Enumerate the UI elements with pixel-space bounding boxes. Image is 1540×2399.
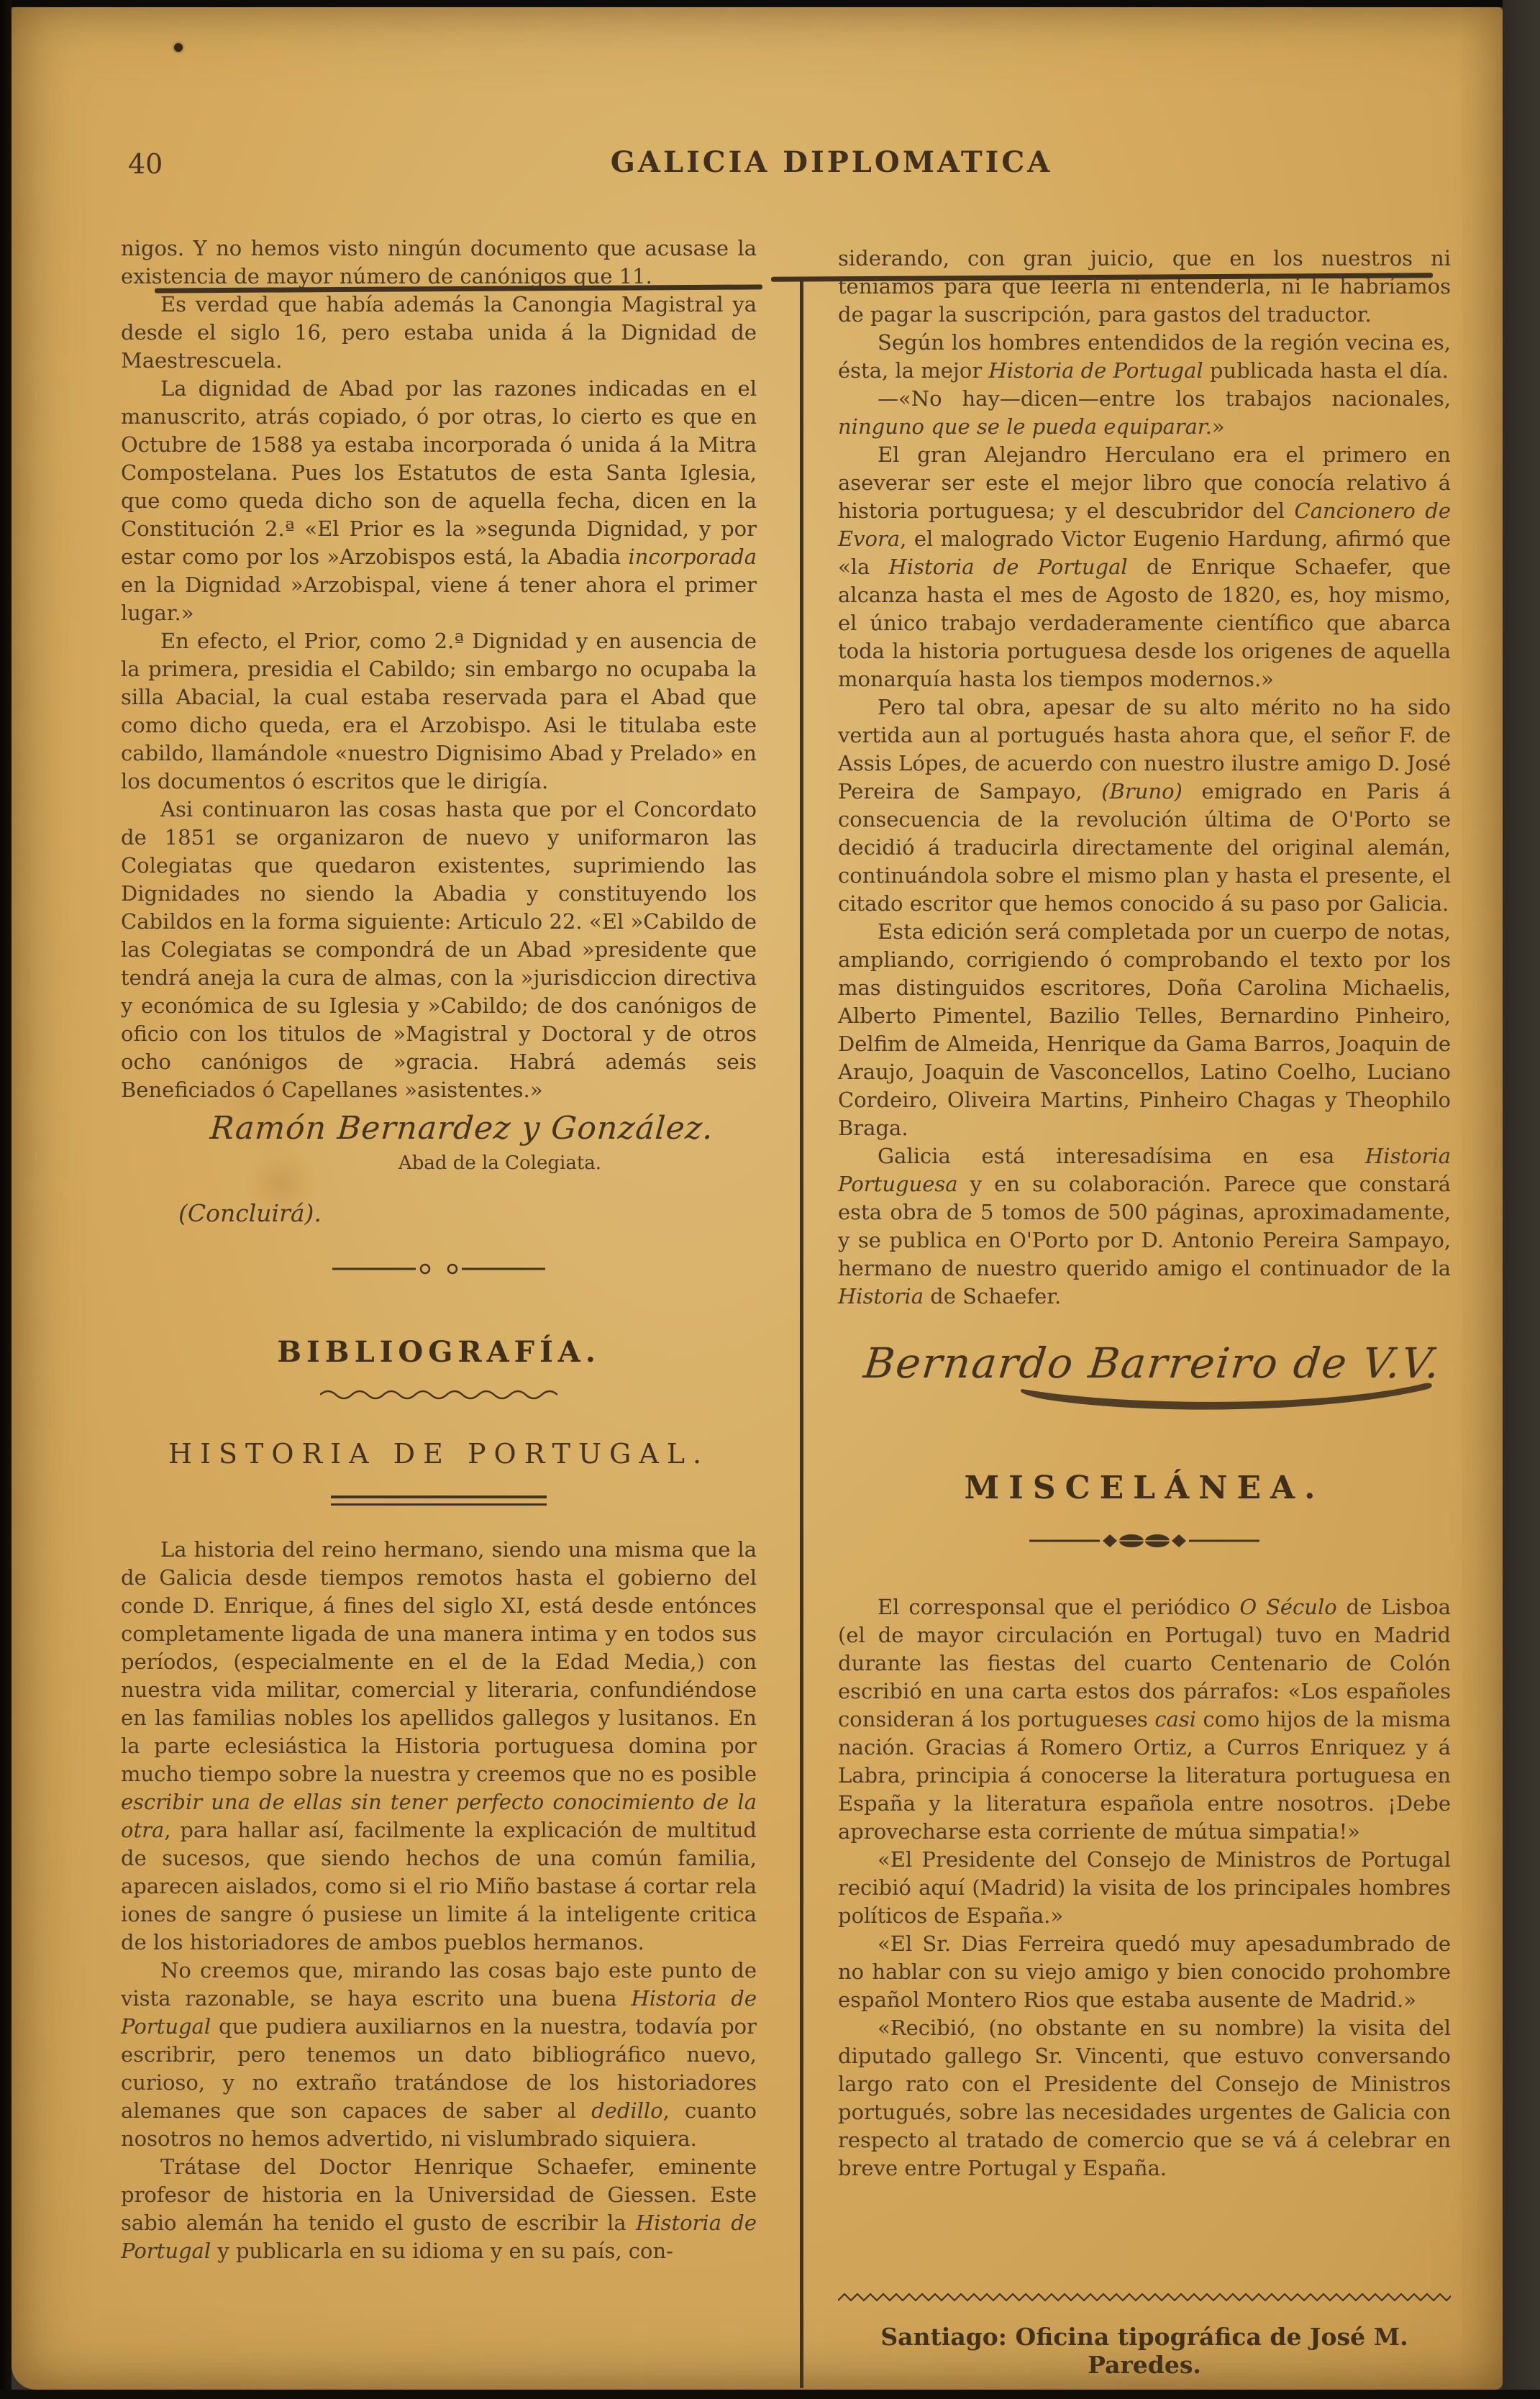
imprint-line: Santiago: Oficina tipográfica de José M.…	[838, 2323, 1451, 2379]
scan-page: 40 GALICIA DIPLOMATICA nigos. Y no hemos…	[12, 7, 1503, 2390]
ink-speck	[174, 43, 183, 52]
right-column: siderando, con gran juicio, que en los n…	[838, 245, 1451, 2385]
historia-article-body: La historia del reino hermano, siendo un…	[121, 1536, 757, 2265]
paragraph: Es verdad que había además la Canongia M…	[121, 291, 757, 375]
miscelanea-body: El corresponsal que el periódico O Sécul…	[838, 1593, 1451, 2182]
paragraph: nigos. Y no hemos visto ningún documento…	[121, 235, 757, 291]
paragraph: Trátase del Doctor Henrique Schaefer, em…	[121, 2153, 757, 2265]
paragraph: El corresponsal que el periódico O Sécul…	[838, 1593, 1451, 1846]
zigzag-rule-ornament	[838, 2293, 1451, 2304]
wavy-rule-ornament	[320, 1390, 557, 1403]
paragraph: «El Presidente del Consejo de Ministros …	[838, 1846, 1451, 1930]
paragraph: Pero tal obra, apesar de su alto mérito …	[838, 693, 1451, 918]
paragraph: Esta edición será completada por un cuer…	[838, 918, 1451, 1142]
page-number: 40	[128, 148, 163, 180]
paragraph: —«No hay—dicen—entre los trabajos nacion…	[838, 385, 1451, 441]
paragraph: «Recibió, (no obstante en su nombre) la …	[838, 2014, 1451, 2182]
historia-article-continuation: siderando, con gran juicio, que en los n…	[838, 245, 1451, 1311]
paragraph: La dignidad de Abad por las razones indi…	[121, 375, 757, 627]
cabildo-article-body: nigos. Y no hemos visto ningún documento…	[121, 235, 757, 1104]
scan-edge-bottom	[0, 2390, 1540, 2399]
paragraph: No creemos que, mirando las cosas bajo e…	[121, 1957, 757, 2153]
signature-block: Bernardo Barreiro de V.V.	[838, 1349, 1451, 1412]
historia-de-portugal-heading: HISTORIA DE PORTUGAL.	[121, 1440, 757, 1468]
imprint-block: Santiago: Oficina tipográfica de José M.…	[838, 2293, 1451, 2379]
author-signature-script: Bernardo Barreiro de V.V.	[862, 1349, 1442, 1378]
bibliografia-heading: BIBLIOGRAFÍA.	[121, 1338, 757, 1366]
paragraph: La historia del reino hermano, siendo un…	[121, 1536, 757, 1957]
paragraph: Según los hombres entendidos de la regió…	[838, 329, 1451, 385]
paragraph: siderando, con gran juicio, que en los n…	[838, 245, 1451, 329]
continuation-note: (Concluirá).	[121, 1199, 757, 1227]
paragraph: El gran Alejandro Herculano era el prime…	[838, 441, 1451, 693]
scan-edge-right	[1503, 0, 1540, 2399]
left-column: nigos. Y no hemos visto ningún documento…	[121, 235, 757, 2265]
fleuron-ornament	[1029, 1529, 1259, 1553]
author-role: Abad de la Colegiata.	[121, 1150, 757, 1178]
author-signature: Ramón Bernardez y González.	[120, 1114, 758, 1142]
paragraph: En efecto, el Prior, como 2.ª Dignidad y…	[121, 627, 757, 796]
paragraph: Asi continuaron las cosas hasta que por …	[121, 796, 757, 1104]
paragraph: «El Sr. Dias Ferreira quedó muy apesadum…	[838, 1930, 1451, 2014]
column-divider-rule	[800, 281, 803, 2388]
scan-edge-top	[0, 0, 1540, 7]
miscelanea-heading: MISCELÁNEA.	[838, 1474, 1451, 1502]
paragraph: Galicia está interesadísima en esa Histo…	[838, 1142, 1451, 1311]
rings-divider-ornament	[331, 1260, 547, 1278]
masthead-title: GALICIA DIPLOMATICA	[472, 145, 1191, 179]
scan-edge-left	[0, 0, 12, 2399]
double-rule-ornament	[331, 1496, 547, 1506]
